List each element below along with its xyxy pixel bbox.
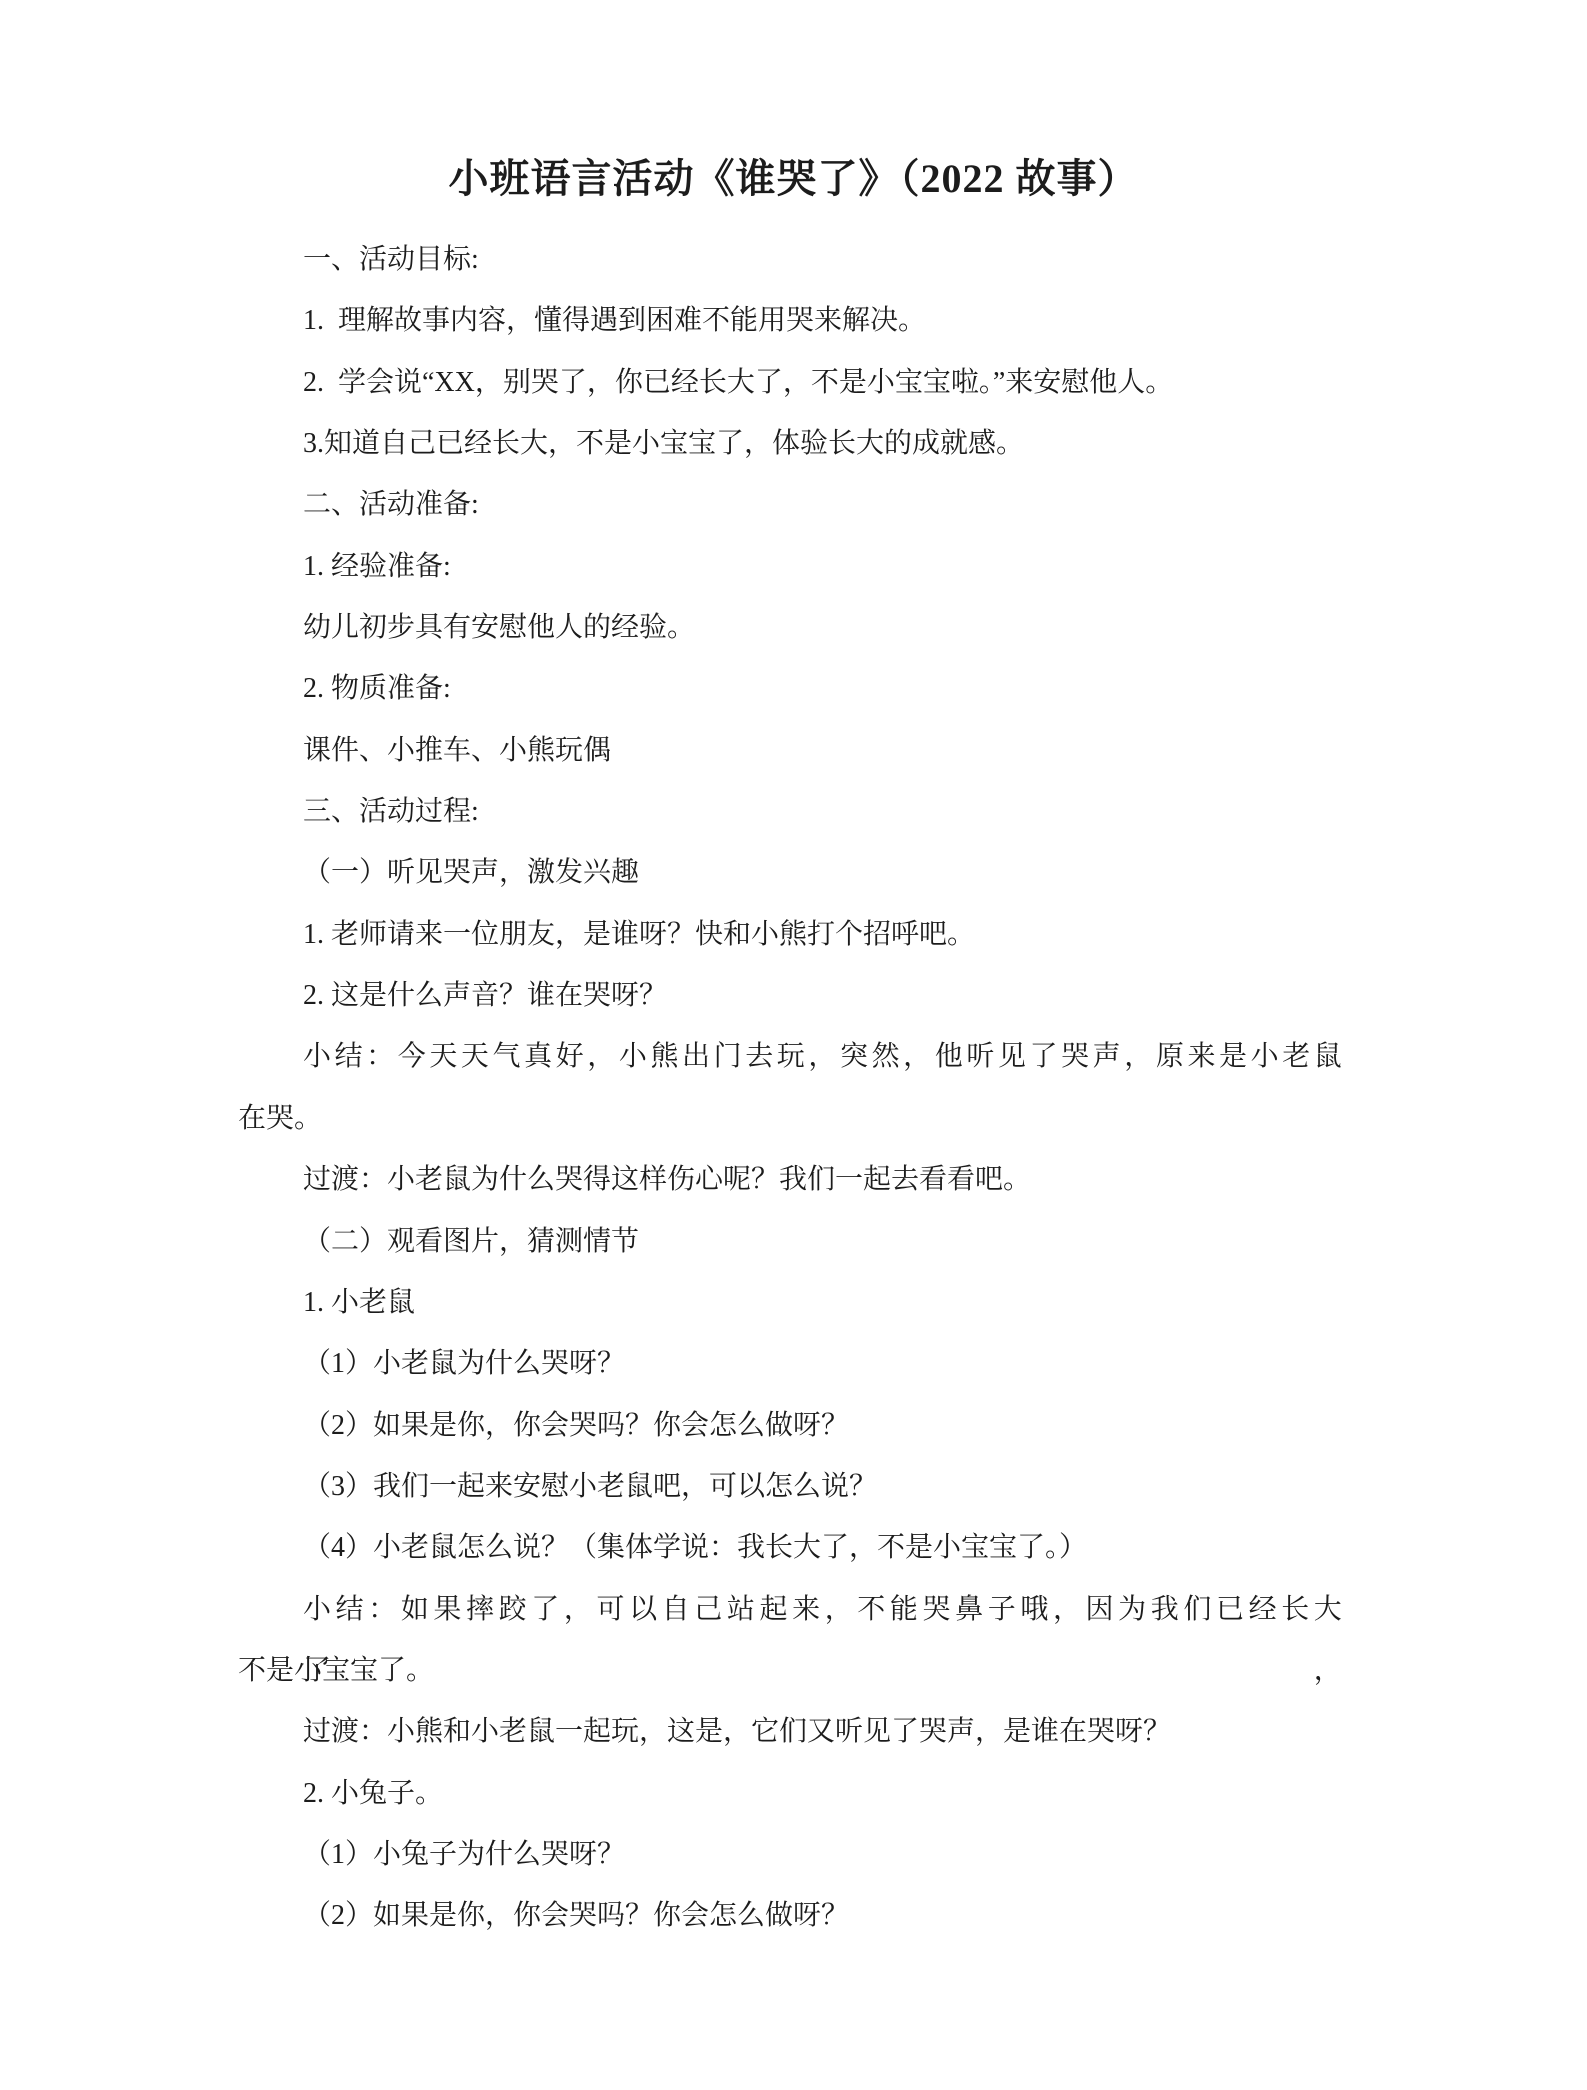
paragraph-line: 过渡：小老鼠为什么哭得这样伤心呢？我们一起去看看吧。 <box>238 1149 1345 1210</box>
paragraph-line: （4）小老鼠怎么说？（集体学说：我长大了，不是小宝宝了。） <box>238 1517 1345 1578</box>
paragraph-line: 过渡：小熊和小老鼠一起玩，这是，它们又听见了哭声，是谁在哭呀？ <box>238 1701 1345 1762</box>
paragraph-line: （2）如果是你，你会哭吗？你会怎么做呀？ <box>238 1885 1345 1946</box>
document-body: 一、活动目标:1. 理解故事内容，懂得遇到困难不能用哭来解决。2. 学会说“XX… <box>238 229 1345 1947</box>
paragraph-line: 1. 小老鼠 <box>238 1272 1345 1333</box>
paragraph-line: 1. 经验准备: <box>238 536 1345 597</box>
paragraph-line: （1）小老鼠为什么哭呀？ <box>238 1333 1345 1394</box>
paragraph-line: （3）我们一起来安慰小老鼠吧，可以怎么说？ <box>238 1456 1345 1517</box>
paragraph-line: 2. 物质准备: <box>238 658 1345 719</box>
paragraph-line: 1. 理解故事内容，懂得遇到困难不能用哭来解决。 <box>238 290 1345 351</box>
paragraph-line: 小结：如果摔跤了，可以自己站起来，不能哭鼻子哦，因为我们已经长大了， <box>238 1579 1345 1640</box>
paragraph-line: 三、活动过程: <box>238 781 1345 842</box>
paragraph-line: 2. 学会说“XX，别哭了，你已经长大了，不是小宝宝啦。”来安慰他人。 <box>238 352 1345 413</box>
paragraph-line: 小结：今天天气真好，小熊出门去玩，突然，他听见了哭声，原来是小老鼠 <box>238 1026 1345 1087</box>
paragraph-line: （一）听见哭声，激发兴趣 <box>238 842 1345 903</box>
paragraph-line: 一、活动目标: <box>238 229 1345 290</box>
paragraph-line: 在哭。 <box>238 1088 1345 1149</box>
paragraph-line: 2. 这是什么声音？谁在哭呀？ <box>238 965 1345 1026</box>
paragraph-line: 1. 老师请来一位朋友，是谁呀？快和小熊打个招呼吧。 <box>238 904 1345 965</box>
paragraph-line: 幼儿初步具有安慰他人的经验。 <box>238 597 1345 658</box>
page-title: 小班语言活动《谁哭了》（2022 故事） <box>0 148 1587 209</box>
paragraph-line: 课件、小推车、小熊玩偶 <box>238 720 1345 781</box>
paragraph-line: （2）如果是你，你会哭吗？你会怎么做呀？ <box>238 1395 1345 1456</box>
paragraph-line: （二）观看图片，猜测情节 <box>238 1211 1345 1272</box>
paragraph-line: 3.知道自己已经长大，不是小宝宝了，体验长大的成就感。 <box>238 413 1345 474</box>
paragraph-line: 二、活动准备: <box>238 474 1345 535</box>
paragraph-line: （1）小兔子为什么哭呀？ <box>238 1824 1345 1885</box>
paragraph-line: 2. 小兔子。 <box>238 1763 1345 1824</box>
document-page: 小班语言活动《谁哭了》（2022 故事） 一、活动目标:1. 理解故事内容，懂得… <box>0 0 1587 2090</box>
